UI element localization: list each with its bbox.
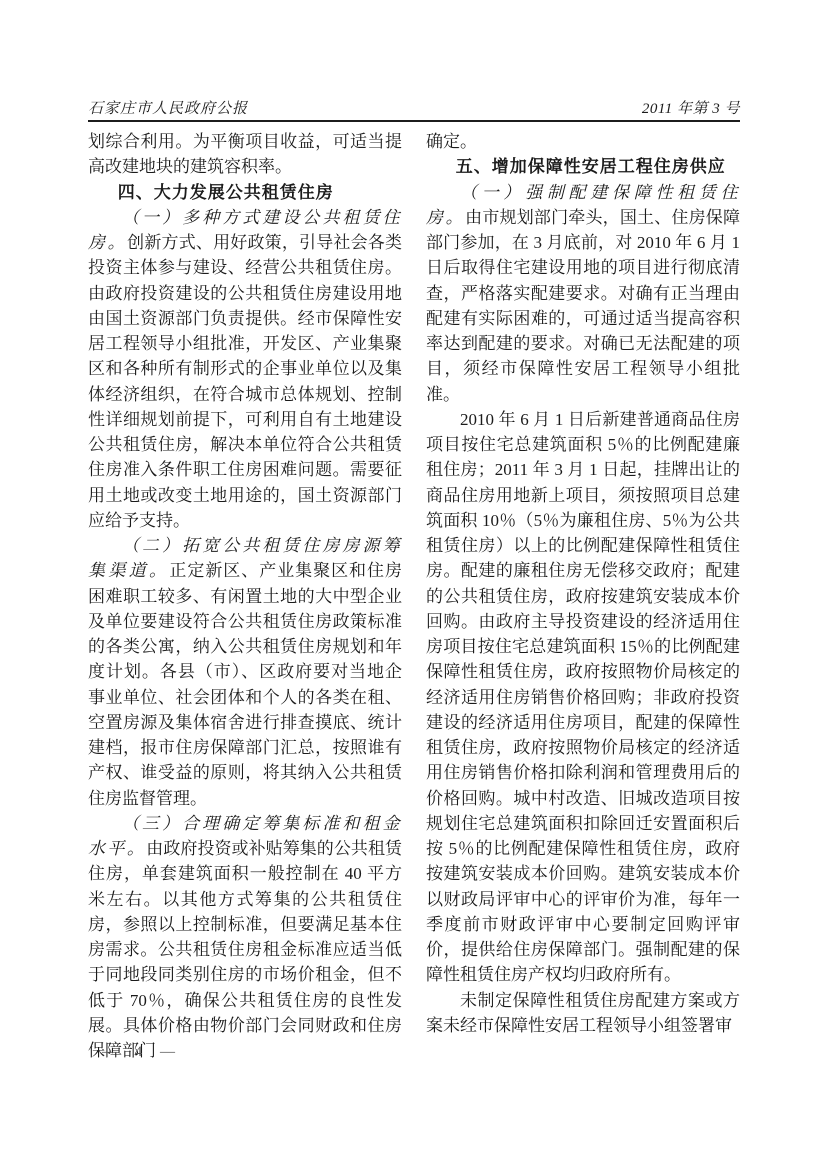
paragraph-text: 创新方式、用好政策，引导社会各类投资主体参与建设、经营公共租赁住房。由政府投资建… [88,233,402,530]
article-body: 划综合利用。为平衡项目收益，可适当提高改建地块的建筑容积率。 四、大力发展公共租… [88,129,740,1063]
paragraph-item-1: （一）多种方式建设公共租赁住房。创新方式、用好政策，引导社会各类投资主体参与建设… [88,205,402,533]
paragraph-item-3: （三）合理确定筹集标准和租金水平。由政府投资或补贴筹集的公共租赁住房，单套建筑面… [88,811,402,1064]
section-heading-4: 四、大力发展公共租赁住房 [88,180,402,205]
right-column: 确定。 五、增加保障性安居工程住房供应 （一）强制配建保障性租赁住房。由市规划部… [426,129,740,1063]
issue-number: 2011 年第 3 号 [642,97,740,118]
journal-title: 石家庄市人民政府公报 [88,97,248,118]
left-column: 划综合利用。为平衡项目收益，可适当提高改建地块的建筑容积率。 四、大力发展公共租… [88,129,402,1063]
header-rule [88,120,740,122]
paragraph-3: 未制定保障性租赁住房配建方案或方案未经市保障性安居工程领导小组签署审 [426,988,740,1039]
paragraph-continuation: 确定。 [426,129,740,154]
paragraph-text: 由市规划部门牵头，国土、住房保障部门参加，在 3 月底前，对 2010 年 6 … [426,208,740,404]
page-footer: — 4 — [102,1044,177,1061]
paragraph-2: 2010 年 6 月 1 日后新建普通商品住房项目按住宅总建筑面积 5％的比例配… [426,407,740,988]
page-number: — 4 — [102,1044,177,1060]
section-heading-5: 五、增加保障性安居工程住房供应 [426,154,740,179]
paragraph-item-1: （一）强制配建保障性租赁住房。由市规划部门牵头，国土、住房保障部门参加，在 3 … [426,180,740,407]
page-header: 石家庄市人民政府公报 2011 年第 3 号 [88,97,740,118]
paragraph-item-2: （二）拓宽公共租赁住房房源筹集渠道。正定新区、产业集聚区和住房困难职工较多、有闲… [88,533,402,811]
paragraph-text: 正定新区、产业集聚区和住房困难职工较多、有闲置土地的大中型企业及单位要建设符合公… [88,561,402,807]
paragraph-text: 由政府投资或补贴筹集的公共租赁住房，单套建筑面积一般控制在 40 平方米左右。以… [88,839,402,1060]
paragraph-continuation: 划综合利用。为平衡项目收益，可适当提高改建地块的建筑容积率。 [88,129,402,180]
gazette-page: 石家庄市人民政府公报 2011 年第 3 号 划综合利用。为平衡项目收益，可适当… [0,0,826,1169]
